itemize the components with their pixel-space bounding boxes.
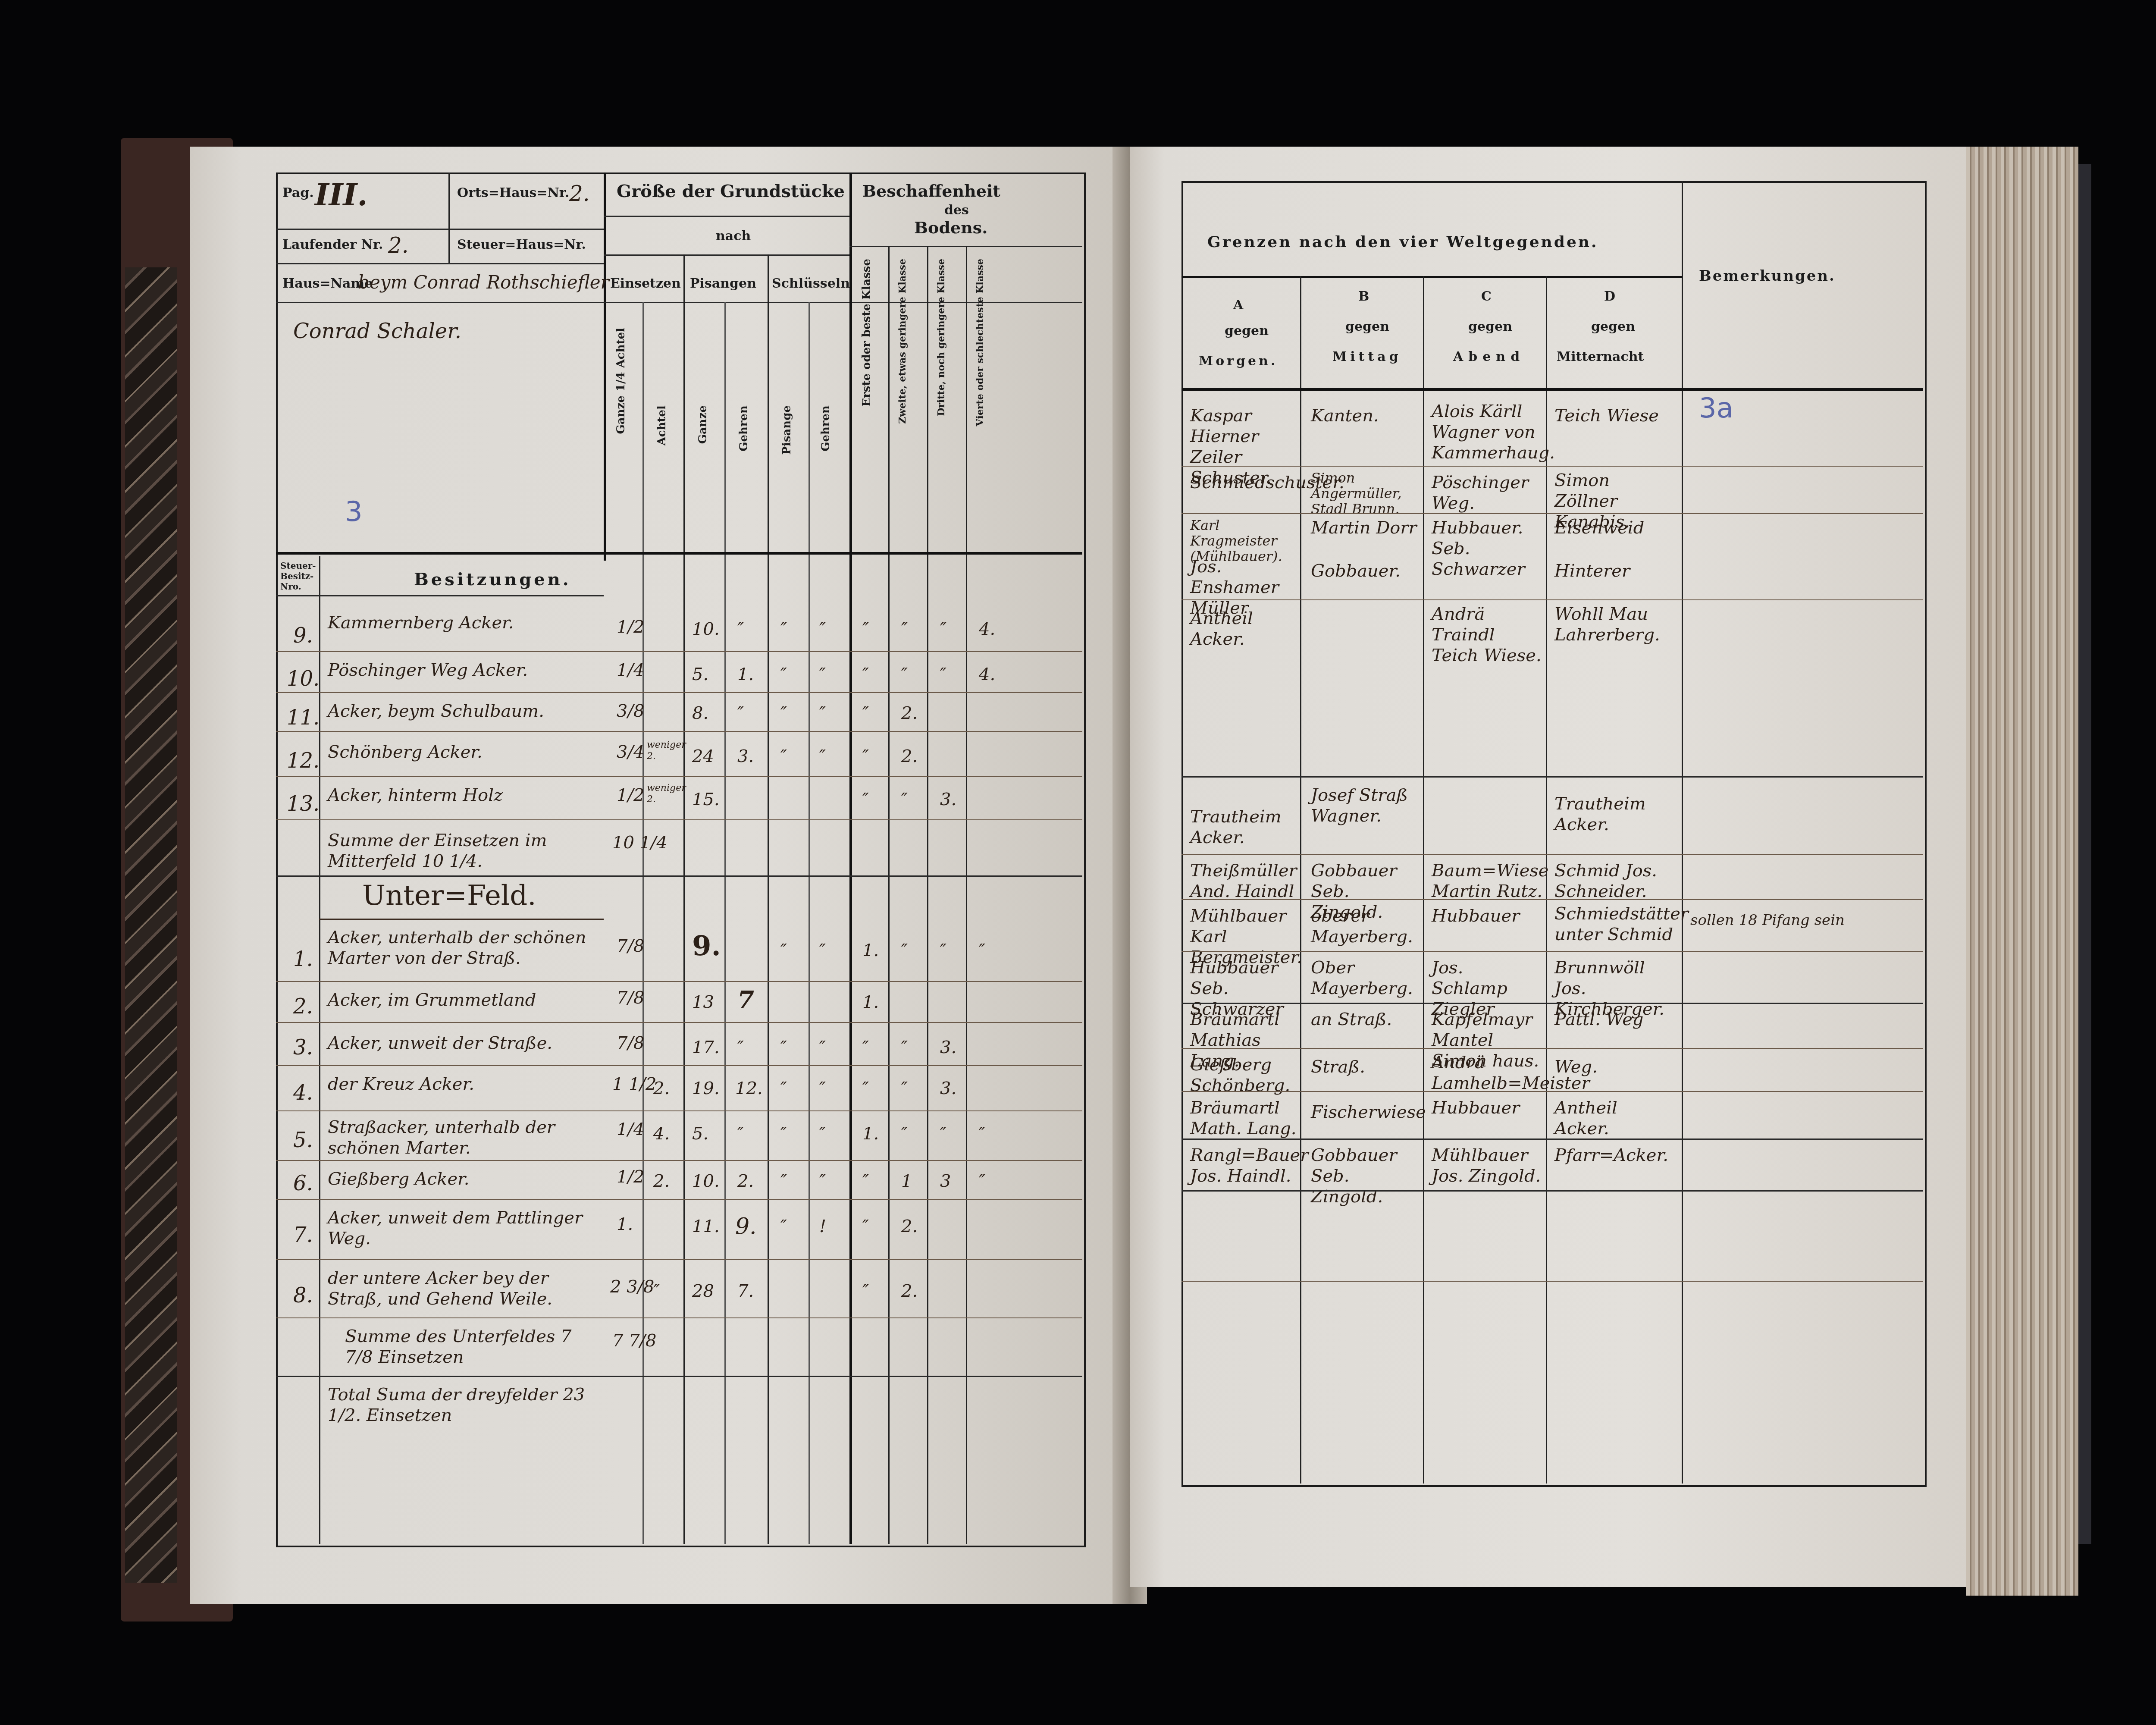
left-page: Pag. III. Orts=Haus=Nr. 2. Laufender Nr.… xyxy=(190,147,1130,1604)
pag-value: III. xyxy=(315,177,368,213)
laufender-nr-label: Laufender Nr. xyxy=(282,237,383,252)
marbled-board xyxy=(125,267,177,1583)
subcol-gehren: Gehren xyxy=(737,405,750,452)
subcol-ganze: Ganze 1/4 Achtel xyxy=(614,328,627,434)
steuer-haus-nr-label: Steuer=Haus=Nr. xyxy=(457,237,586,252)
owner-name: Conrad Schaler. xyxy=(293,319,461,343)
pencil-page-number: 3 xyxy=(345,496,363,528)
soil-title-3: Bodens. xyxy=(914,218,987,237)
subcol-pisange: Pisange xyxy=(780,405,793,455)
subcol-achtel: Achtel xyxy=(655,405,668,445)
size-group-pisangen: Pisangen xyxy=(690,276,756,291)
haus-name-value: beym Conrad Rothschiefler xyxy=(358,272,609,293)
laufender-nr-value: 2. xyxy=(388,233,409,258)
pag-label: Pag. xyxy=(282,185,314,201)
orts-haus-nr-label: Orts=Haus=Nr. xyxy=(457,185,569,201)
grand-total-text: Total Suma der dreyfelder 23 1/2. Einset… xyxy=(328,1384,595,1426)
soil-class-1: Erste oder beste Klasse xyxy=(860,259,873,407)
section-heading-unterfeld: Unter=Feld. xyxy=(362,880,536,912)
remarks-header-title: Bemerkungen. xyxy=(1699,267,1836,285)
subcol-gehren-2: Gehren xyxy=(819,405,832,452)
size-header-nach: nach xyxy=(716,229,751,244)
size-group-einsetzen: Einsetzen xyxy=(610,276,681,291)
right-page: Grenzen nach den vier Weltgegenden. Beme… xyxy=(1130,147,1966,1587)
pencil-page-number-3a: 3a xyxy=(1699,392,1733,424)
open-ledger-book: Pag. III. Orts=Haus=Nr. 2. Laufender Nr.… xyxy=(121,129,2070,1630)
steuer-besitz-nro-header: Steuer-Besitz-Nro. xyxy=(280,561,310,592)
size-group-schluesseln: Schlüsseln xyxy=(772,276,850,291)
subcol-ganze-2: Ganze xyxy=(696,405,709,444)
soil-class-4: Vierte oder schlechteste Klasse xyxy=(975,259,986,426)
orts-haus-nr-value: 2. xyxy=(569,181,590,206)
soil-title-2: des xyxy=(944,203,969,218)
soil-title-1: Beschaffenheit xyxy=(862,181,1000,201)
size-header-title: Größe der Grundstücke xyxy=(617,181,845,201)
remark-text: sollen 18 Pifang sein xyxy=(1690,910,1915,931)
page-edges-stack xyxy=(1966,147,2078,1596)
borders-header-title: Grenzen nach den vier Weltgegenden. xyxy=(1207,233,1598,251)
besitzungen-header: Besitzungen. xyxy=(414,569,571,590)
soil-class-2: Zweite, etwas geringere Klasse xyxy=(897,259,908,424)
soil-class-3: Dritte, noch geringere Klasse xyxy=(936,259,947,416)
